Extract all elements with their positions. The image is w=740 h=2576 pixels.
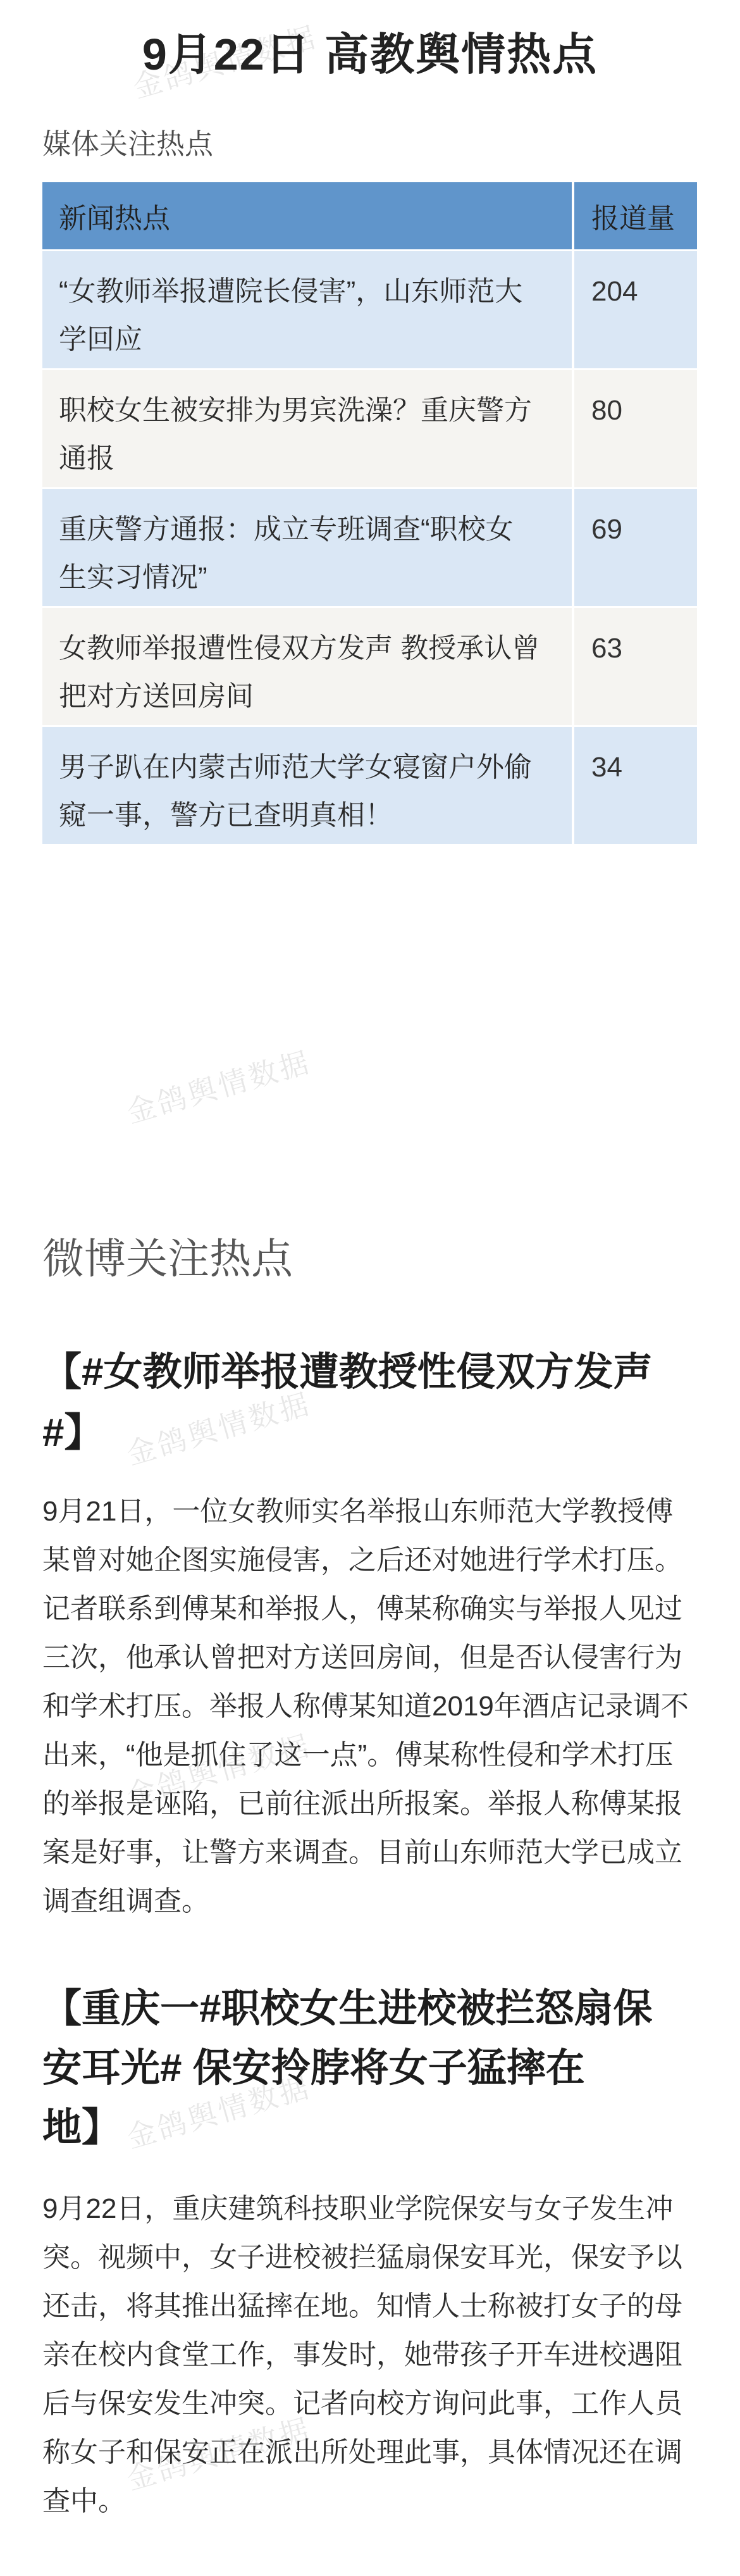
topic-cell: 女教师举报遭性侵双方发声 教授承认曾 把对方送回房间: [42, 608, 572, 725]
weibo-post-body: 9月22日，重庆建筑科技职业学院保安与女子发生冲突。视频中，女子进校被拦猛扇保安…: [42, 2184, 699, 2525]
column-header-volume: 报道量: [572, 182, 697, 249]
report-page: 金鸽舆情数据 金鸽舆情数据 金鸽舆情数据 金鸽舆情数据 金鸽舆情数据 金鸽舆情数…: [0, 0, 740, 2576]
weibo-post-headline: 【重庆一#职校女生进校被拦怒扇保 安耳光# 保安拎脖将女子猛摔在 地】: [42, 1979, 713, 2158]
volume-cell: 69: [572, 489, 697, 606]
weibo-post-body: 9月21日，一位女教师实名举报山东师范大学教授傅某曾对她企图实施侵害，之后还对她…: [42, 1487, 699, 1926]
topic-cell: “女教师举报遭院长侵害”，山东师范大 学回应: [42, 251, 572, 368]
weibo-post-headline: 【#女教师举报遭教授性侵双方发声 #】: [42, 1342, 713, 1464]
table-row: “女教师举报遭院长侵害”，山东师范大 学回应 204: [42, 251, 697, 370]
volume-cell: 63: [572, 608, 697, 725]
page-title: 9月22日 高教舆情热点: [0, 19, 740, 83]
table-row: 男子趴在内蒙古师范大学女寝窗户外偷 窥一事，警方已查明真相！ 34: [42, 727, 697, 846]
table-row: 重庆警方通报：成立专班调查“职校女 生实习情况” 69: [42, 489, 697, 608]
table-row: 职校女生被安排为男宾洗澡？重庆警方 通报 80: [42, 370, 697, 489]
news-hotspot-table: 新闻热点 报道量 “女教师举报遭院长侵害”，山东师范大 学回应 204 职校女生…: [42, 182, 697, 846]
volume-cell: 34: [572, 727, 697, 844]
section-heading-media: 媒体关注热点: [42, 121, 213, 162]
volume-cell: 204: [572, 251, 697, 368]
table-header-row: 新闻热点 报道量: [42, 182, 697, 251]
column-header-topic: 新闻热点: [42, 182, 572, 249]
watermark: 金鸽舆情数据: [121, 1039, 316, 1131]
section-heading-weibo: 微博关注热点: [42, 1225, 293, 1285]
topic-cell: 重庆警方通报：成立专班调查“职校女 生实习情况”: [42, 489, 572, 606]
topic-cell: 职校女生被安排为男宾洗澡？重庆警方 通报: [42, 370, 572, 487]
topic-cell: 男子趴在内蒙古师范大学女寝窗户外偷 窥一事，警方已查明真相！: [42, 727, 572, 844]
volume-cell: 80: [572, 370, 697, 487]
table-row: 女教师举报遭性侵双方发声 教授承认曾 把对方送回房间 63: [42, 608, 697, 727]
